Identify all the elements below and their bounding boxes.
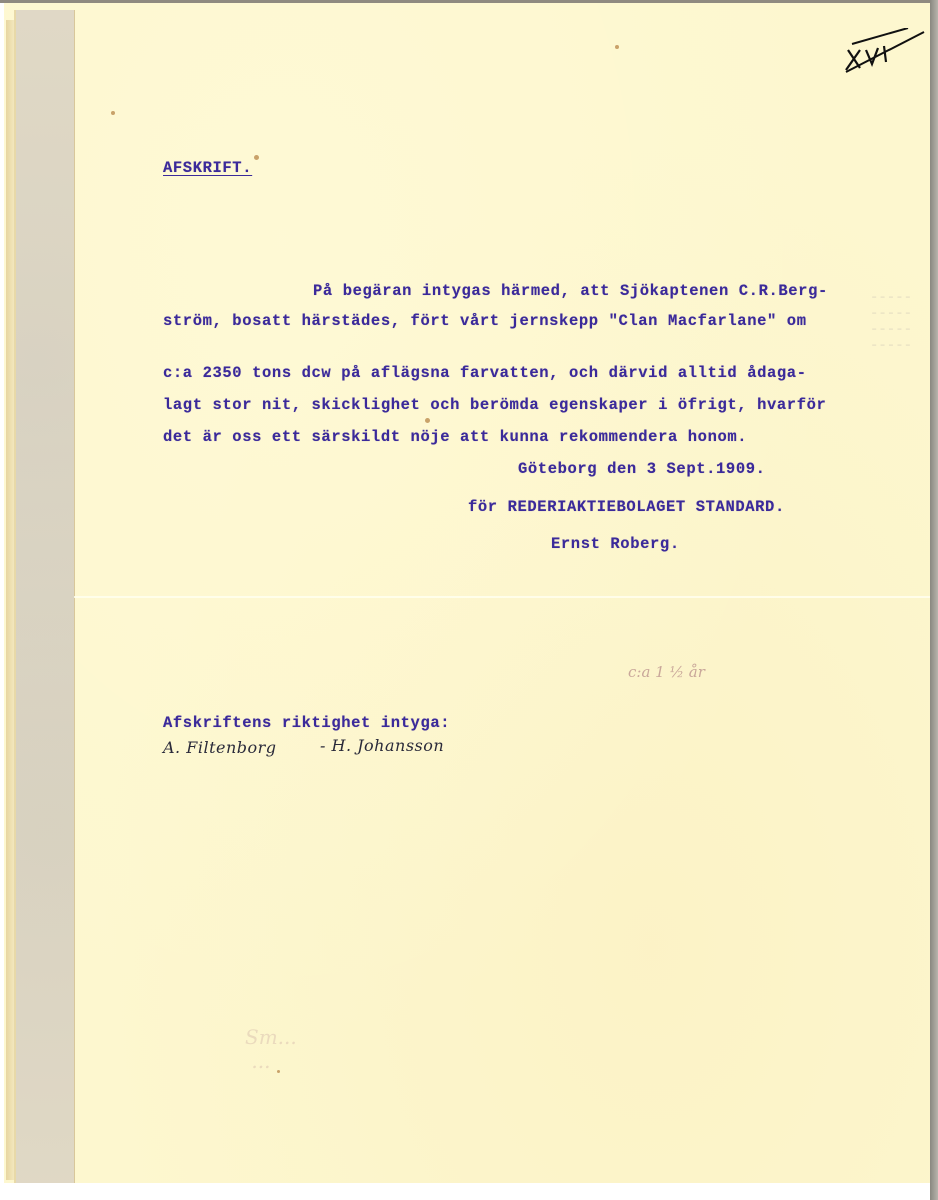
body-line-4: lagt stor nit, skicklighet och berömda e… [163,398,826,414]
signatory-name: Ernst Roberg. [551,537,680,553]
document-page [4,3,930,1183]
pencil-note: c:a 1 ½ år [628,663,705,681]
certifier-signature-1: A. Filtenborg [163,738,277,757]
certifier-signature-2: - H. Johansson [320,736,444,755]
fold-line [74,596,930,598]
foxing-spot [254,155,259,160]
archive-mark-xvi-icon [838,28,928,78]
foxing-spot [615,45,619,49]
foxing-spot [425,418,430,423]
body-line-2: ström, bosatt härstädes, fört vårt jerns… [163,314,807,330]
bleed-through-text: ----- ----- ----- ----- [870,290,912,354]
scan-right-edge [930,0,938,1200]
body-line-5: det är oss ett särskildt nöje att kunna … [163,430,747,446]
place-date: Göteborg den 3 Sept.1909. [518,462,766,478]
foxing-spot [111,111,115,115]
binding-tape-strip [14,10,75,1183]
document-heading: AFSKRIFT. [163,161,252,177]
ghost-pencil-mark: Sm... ... [245,1025,297,1073]
body-line-1: På begäran intygas härmed, att Sjökapten… [313,284,828,300]
company-name: för REDERIAKTIEBOLAGET STANDARD. [468,500,785,516]
body-line-3: c:a 2350 tons dcw på aflägsna farvatten,… [163,366,807,382]
foxing-spot [277,1070,280,1073]
binding-edge [6,20,14,1180]
certification-label: Afskriftens riktighet intyga: [163,716,450,732]
